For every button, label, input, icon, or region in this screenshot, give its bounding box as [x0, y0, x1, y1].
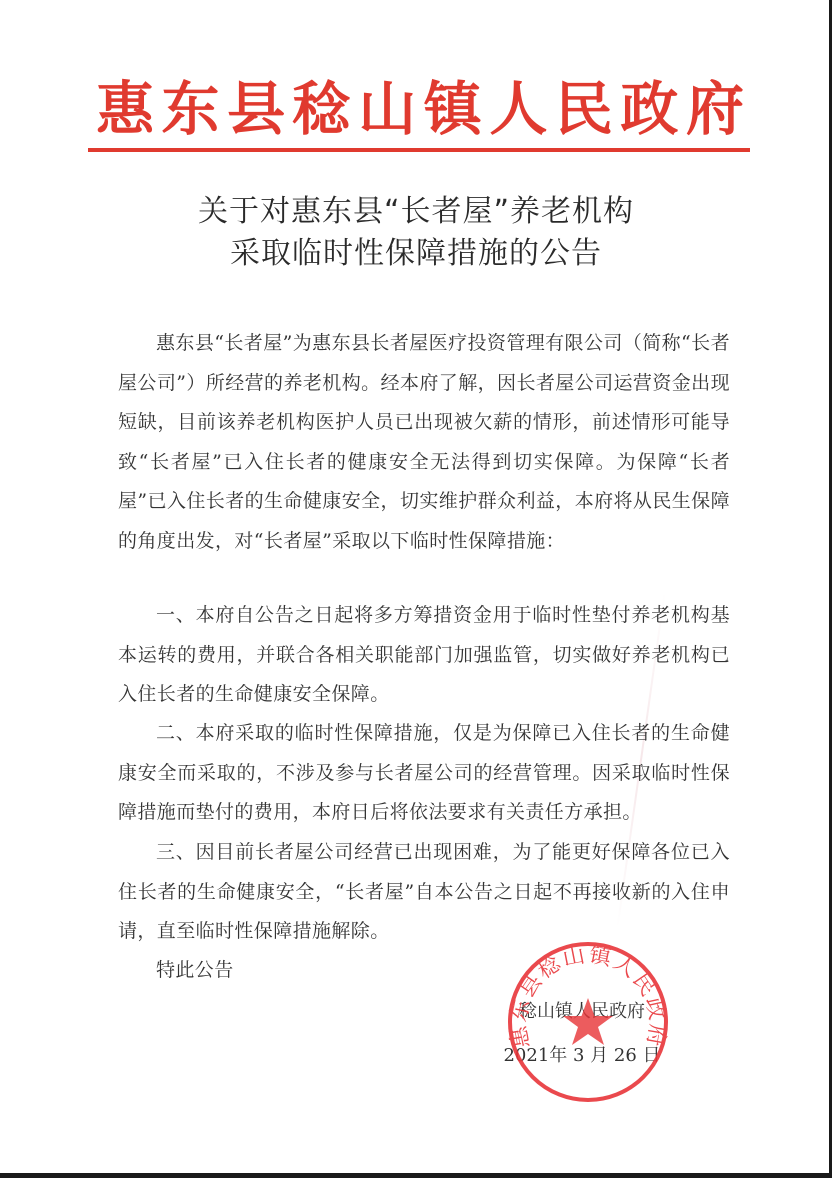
star-icon [563, 998, 613, 1045]
paragraph-intro: 惠东县“长者屋”为惠东县长者屋医疗投资管理有限公司（简称“长者屋公司”）所经营的… [118, 324, 730, 562]
paragraph-measure-2: 二、本府采取的临时性保障措施，仅是为保障已入住长者的生命健康安全而采取的，不涉及… [118, 714, 730, 833]
paragraph-text: 惠东县“长者屋”为惠东县长者屋医疗投资管理有限公司（简称“长者屋公司”）所经营的… [118, 324, 730, 562]
notice-title-line-1: 关于对惠东县“长者屋”养老机构 [0, 190, 832, 234]
paragraph-measure-3: 三、因目前长者屋公司经营已出现困难，为了能更好保障各位已入住长者的生命健康安全，… [118, 833, 730, 952]
paragraph-text: 一、本府自公告之日起将多方筹措资金用于临时性垫付养老机构基本运转的费用，并联合各… [118, 596, 730, 715]
issuer-masthead: 惠东县稔山镇人民政府 [96, 74, 746, 144]
paragraph-measure-1: 一、本府自公告之日起将多方筹措资金用于临时性垫付养老机构基本运转的费用，并联合各… [118, 596, 730, 715]
red-divider-rule [88, 148, 750, 152]
document-page: 惠东县稔山镇人民政府 关于对惠东县“长者屋”养老机构 采取临时性保障措施的公告 … [0, 0, 832, 1178]
official-seal: 惠东县稔山镇人民政府 [506, 940, 670, 1104]
paragraph-text: 二、本府采取的临时性保障措施，仅是为保障已入住长者的生命健康安全而采取的，不涉及… [118, 714, 730, 833]
paragraph-text: 三、因目前长者屋公司经营已出现困难，为了能更好保障各位已入住长者的生命健康安全，… [118, 833, 730, 952]
svg-text:惠东县稔山镇人民政府: 惠东县稔山镇人民政府 [506, 942, 670, 1050]
notice-title-line-2: 采取临时性保障措施的公告 [0, 232, 832, 276]
seal-ring-text: 惠东县稔山镇人民政府 [506, 942, 670, 1050]
